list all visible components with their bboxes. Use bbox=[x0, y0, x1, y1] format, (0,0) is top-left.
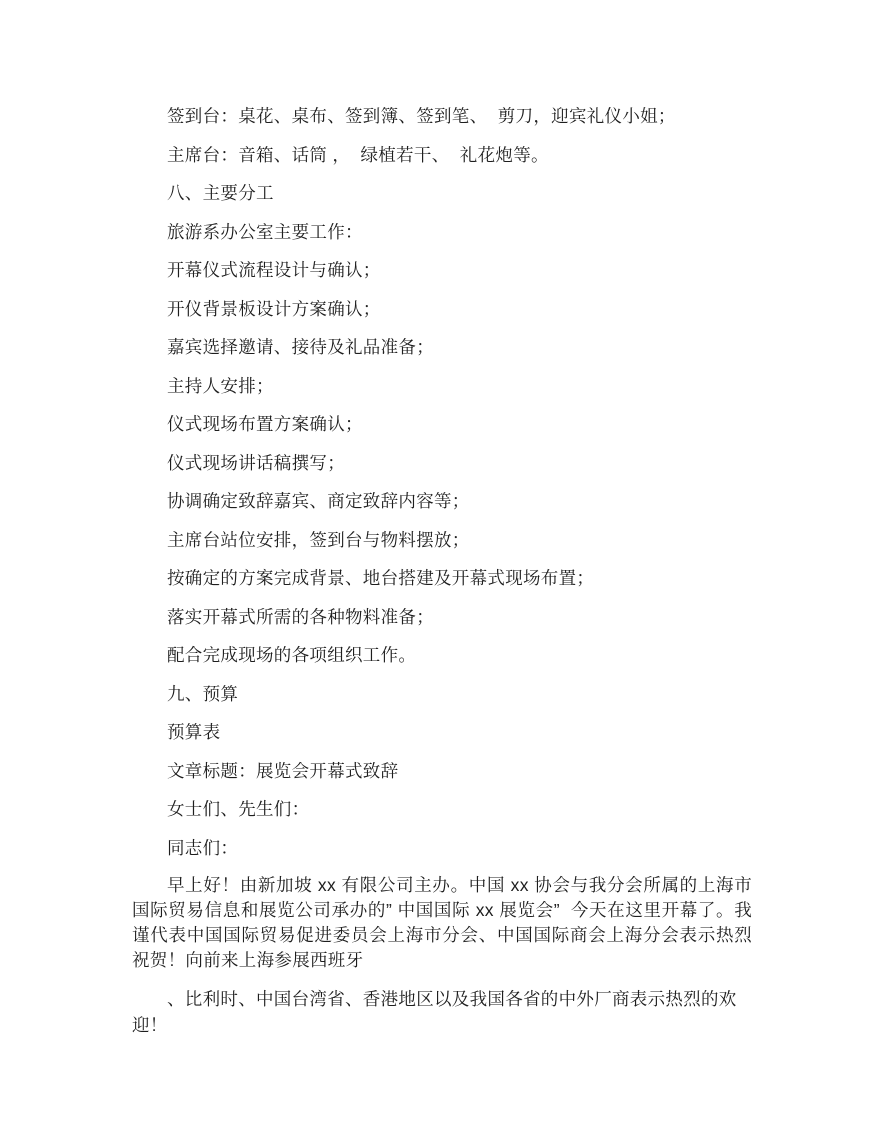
line-article-title: 文章标题：展览会开幕式致辞 bbox=[132, 758, 752, 784]
line-materials-preparation: 落实开幕式所需的各种物料准备； bbox=[132, 604, 752, 630]
paragraph-opening-speech: 早上好！由新加坡 xx 有限公司主办。中国 xx 协会与我分会所属的上海市国际贸… bbox=[132, 873, 752, 973]
line-host-arrangement: 主持人安排； bbox=[132, 373, 752, 399]
line-tourism-office-main-work: 旅游系办公室主要工作： bbox=[132, 219, 752, 245]
line-stage-construction: 按确定的方案完成背景、地台搭建及开幕式现场布置； bbox=[132, 565, 752, 591]
line-site-layout-confirm: 仪式现场布置方案确认； bbox=[132, 411, 752, 437]
line-speech-draft: 仪式现场讲话稿撰写； bbox=[132, 450, 752, 476]
line-sign-in-desk-supplies: 签到台：桌花、桌布、签到簿、签到笔、 剪刀，迎宾礼仪小姐； bbox=[132, 103, 752, 129]
line-opening-ceremony-flow: 开幕仪式流程设计与确认； bbox=[132, 257, 752, 283]
document-page: 签到台：桌花、桌布、签到簿、签到笔、 剪刀，迎宾礼仪小姐； 主席台：音箱、话筒 … bbox=[0, 0, 884, 1144]
line-welcome-exhibitors: 、比利时、中国台湾省、香港地区以及我国各省的中外厂商表示热烈的欢迎！ bbox=[132, 986, 752, 1038]
line-onsite-organization: 配合完成现场的各项组织工作。 bbox=[132, 642, 752, 668]
document-body: 签到台：桌花、桌布、签到簿、签到笔、 剪刀，迎宾礼仪小姐； 主席台：音箱、话筒 … bbox=[132, 103, 752, 1038]
section-heading-9-budget: 九、预算 bbox=[132, 681, 752, 707]
line-ladies-gentlemen: 女士们、先生们： bbox=[132, 796, 752, 822]
line-guest-invitation: 嘉宾选择邀请、接待及礼品准备； bbox=[132, 334, 752, 360]
section-heading-8-division-of-work: 八、主要分工 bbox=[132, 180, 752, 206]
line-budget-table: 预算表 bbox=[132, 719, 752, 745]
line-rostrum-positions: 主席台站位安排，签到台与物料摆放； bbox=[132, 527, 752, 553]
line-coordinate-speakers: 协调确定致辞嘉宾、商定致辞内容等； bbox=[132, 488, 752, 514]
line-comrades: 同志们： bbox=[132, 835, 752, 861]
line-rostrum-supplies: 主席台：音箱、话筒 ， 绿植若干、 礼花炮等。 bbox=[132, 142, 752, 168]
line-backdrop-design-confirm: 开仪背景板设计方案确认； bbox=[132, 296, 752, 322]
